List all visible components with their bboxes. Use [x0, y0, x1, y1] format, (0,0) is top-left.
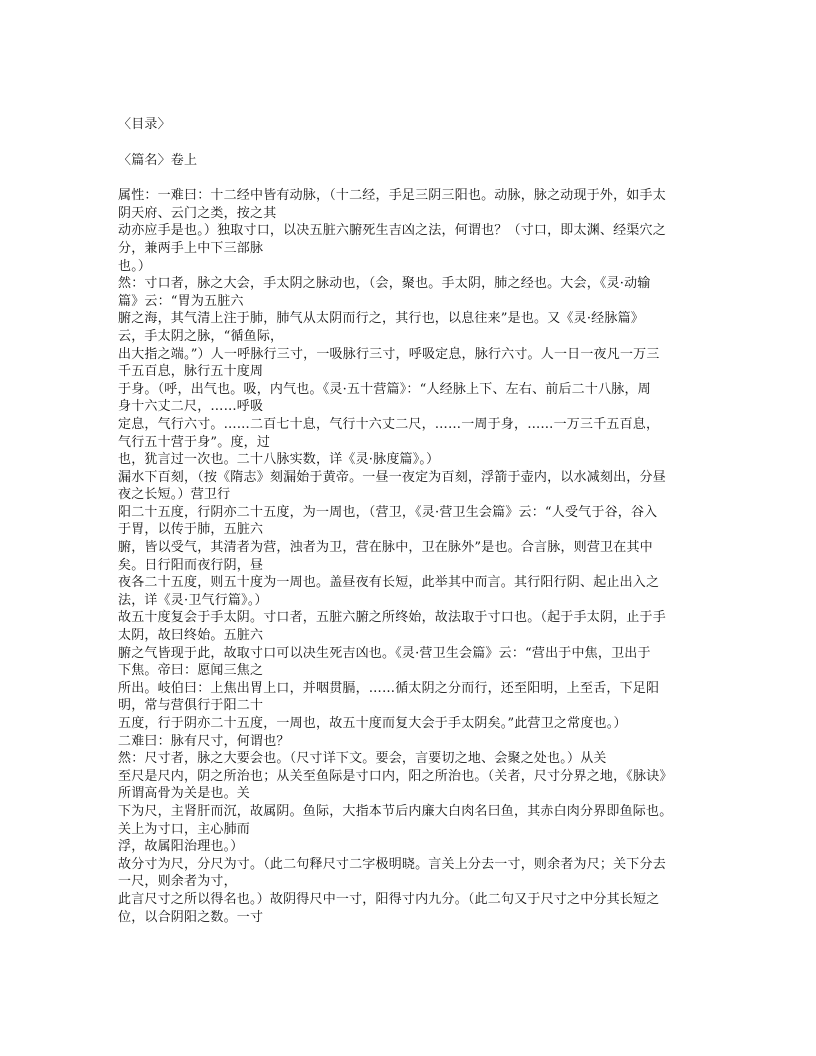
text-line: 篇》云：“胃为五脏六	[118, 293, 708, 311]
text-line: 腑之气皆现于此，故取寸口可以决生死吉凶也。《灵·营卫生会篇》云：“营出于中焦，卫…	[118, 645, 708, 663]
text-line: 属性：一难曰：十二经中皆有动脉，（十二经，手足三阴三阳也。动脉，脉之动现于外，如…	[118, 187, 708, 205]
text-line: 浮，故属阳治理也。）	[118, 838, 708, 856]
text-line: 也，犹言过一次也。二十八脉实数，详《灵·脉度篇》。）	[118, 451, 708, 469]
text-line: 千五百息，脉行五十度周	[118, 363, 708, 381]
text-line: 夜之长短。）营卫行	[118, 486, 708, 504]
text-line: 腑之海，其气清上注于肺，肺气从太阴而行之，其行也，以息往来”是也。又《灵·经脉篇…	[118, 310, 708, 328]
text-line: 一尺，则余者为寸，	[118, 873, 708, 891]
text-line: 所出。岐伯曰：上焦出胃上口，并咽贯膈，……循太阴之分而行，还至阳明，上至舌，下足…	[118, 680, 708, 698]
text-line: 明，常与营俱行于阳二十	[118, 697, 708, 715]
text-line: 位，以合阴阳之数。一寸	[118, 909, 708, 927]
text-line: 法，详《灵·卫气行篇》。）	[118, 592, 708, 610]
text-line: 关上为寸口，主心肺而	[118, 821, 708, 839]
text-line: 故五十度复会于手太阴。寸口者，五脏六腑之所终始，故法取于寸口也。（起于手太阴，止…	[118, 609, 708, 627]
text-line: 矣。日行阳而夜行阴，昼	[118, 557, 708, 575]
text-line: 云，手太阴之脉，“循鱼际，	[118, 328, 708, 346]
section-title: 〈篇名〉卷上	[118, 152, 708, 170]
text-line: 气行五十营于身”。度，过	[118, 434, 708, 452]
text-line: 阴天府、云门之类，按之其	[118, 205, 708, 223]
text-line: 五度，行于阴亦二十五度，一周也，故五十度而复大会于手太阴矣。”此营卫之常度也。）	[118, 715, 708, 733]
text-line: 此言尺寸之所以得名也。）故阴得尺中一寸，阳得寸内九分。（此二句又于尺寸之中分其长…	[118, 891, 708, 909]
text-line: 故分寸为尺，分尺为寸。（此二句释尺寸二字极明晓。言关上分去一寸，则余者为尺；关下…	[118, 856, 708, 874]
text-line: 定息，气行六寸。……二百七十息，气行十六丈二尺，……一周于身，……一万三千五百息…	[118, 416, 708, 434]
text-line: 出大指之端。”）人一呼脉行三寸，一吸脉行三寸，呼吸定息，脉行六寸。人一日一夜凡一…	[118, 346, 708, 364]
text-line: 二难曰：脉有尺寸，何谓也？	[118, 733, 708, 751]
text-line: 太阴，故曰终始。五脏六	[118, 627, 708, 645]
text-line: 身十六丈二尺，……呼吸	[118, 398, 708, 416]
text-line: 漏水下百刻，（按《隋志》刻漏始于黄帝。一昼一夜定为百刻，浮箭于壶内，以水减刻出，…	[118, 469, 708, 487]
text-line: 所谓高骨为关是也。关	[118, 785, 708, 803]
text-line: 阳二十五度，行阴亦二十五度，为一周也，（营卫，《灵·营卫生会篇》云：“人受气于谷…	[118, 504, 708, 522]
text-line: 然：寸口者，脉之大会，手太阴之脉动也，（会，聚也。手太阴，肺之经也。大会，《灵·…	[118, 275, 708, 293]
toc-label: 〈目录〉	[118, 116, 708, 134]
text-line: 于胃，以传于肺，五脏六	[118, 521, 708, 539]
text-line: 下焦。帝曰：愿闻三焦之	[118, 662, 708, 680]
text-line: 然：尺寸者，脉之大要会也。（尺寸详下文。要会，言要切之地、会聚之处也。）从关	[118, 750, 708, 768]
text-line: 至尺是尺内，阴之所治也；从关至鱼际是寸口内，阳之所治也。（关者，尺寸分界之地，《…	[118, 768, 708, 786]
document-page: 〈目录〉 〈篇名〉卷上 属性：一难曰：十二经中皆有动脉，（十二经，手足三阴三阳也…	[118, 116, 708, 926]
text-line: 也。）	[118, 258, 708, 276]
text-line: 动亦应手是也。）独取寸口，以决五脏六腑死生吉凶之法，何谓也？（寸口，即太渊、经渠…	[118, 222, 708, 240]
text-line: 下为尺，主肾肝而沉，故属阴。鱼际，大指本节后内廉大白肉名曰鱼，其赤白肉分界即鱼际…	[118, 803, 708, 821]
text-line: 腑，皆以受气，其清者为营，浊者为卫，营在脉中，卫在脉外”是也。合言脉，则营卫在其…	[118, 539, 708, 557]
document-body: 属性：一难曰：十二经中皆有动脉，（十二经，手足三阴三阳也。动脉，脉之动现于外，如…	[118, 187, 708, 926]
text-line: 于身。（呼，出气也。吸，内气也。《灵·五十营篇》：“人经脉上下、左右、前后二十八…	[118, 381, 708, 399]
text-line: 分，兼两手上中下三部脉	[118, 240, 708, 258]
text-line: 夜各二十五度，则五十度为一周也。盖昼夜有长短，此举其中而言。其行阳行阴、起止出入…	[118, 574, 708, 592]
